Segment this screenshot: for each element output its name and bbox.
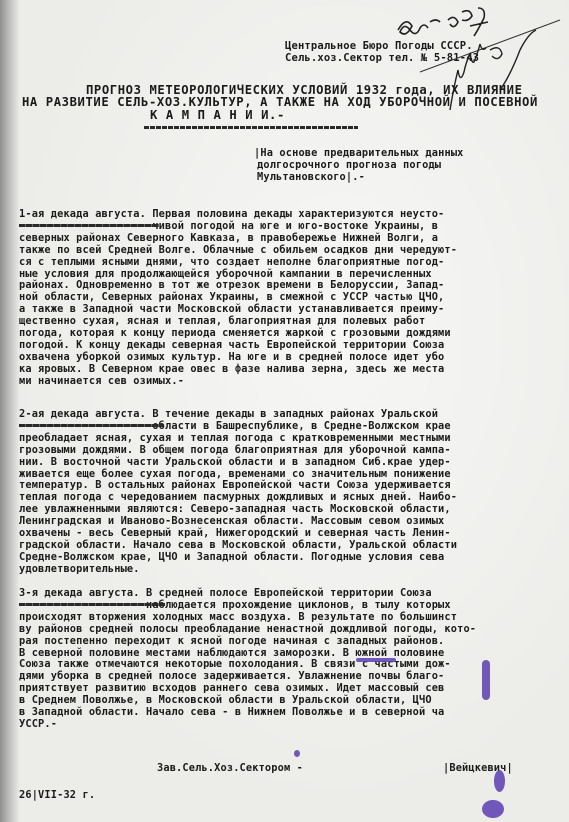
body-text-line: в Западной области. Начало сева - в Нижн… xyxy=(19,706,444,718)
body-text-line: охвачена уборкой озимых культур. На юге … xyxy=(19,351,444,363)
body-text-line: лее увлажненными являются: Северо-западн… xyxy=(19,503,451,515)
org-line-2: Сель.хоз.Сектор тел. № 5-81-43 xyxy=(285,52,479,64)
body-text-line: в Среднем Поволжье, в Московской области… xyxy=(19,694,432,706)
body-text-line: живается еще более сухая погода, времена… xyxy=(19,468,451,480)
body-text-line: температур. В остальных районах Европейс… xyxy=(19,479,451,491)
body-text-line: 2-ая декада августа. В течение декады в … xyxy=(19,408,438,420)
body-text-line: дями уборка в средней полосе задерживает… xyxy=(19,670,444,682)
body-text-line: также по всей Средней Волге. Облачные с … xyxy=(19,244,457,256)
body-text-line: ной области, Северных районах Украины, в… xyxy=(19,291,444,303)
body-text-line: Средне-Волжском крае, ЦЧО и Западной обл… xyxy=(19,551,444,563)
body-text-line: 3-я декада августа. В средней полосе Евр… xyxy=(19,587,432,599)
title-underline xyxy=(144,126,358,129)
basis-note-line-3: Мультановского|.- xyxy=(257,171,365,183)
basis-note-line-1: |На основе предварительных данных xyxy=(254,147,464,159)
body-text-line: происходят вторжения холодных масс возду… xyxy=(19,611,457,623)
body-text-line: ву районов средней полосы преобладание н… xyxy=(19,623,476,635)
body-text-line: северных районах Северного Кавказа, в пр… xyxy=(19,232,438,244)
ink-stamp-mark xyxy=(494,770,505,792)
body-text-line: ми начинается сев озимых.- xyxy=(19,375,184,387)
ink-stamp-mark xyxy=(294,750,300,757)
typed-xout-rule xyxy=(19,224,159,227)
body-text-line: удовлетворительные. xyxy=(19,563,140,575)
signature-role: Зав.Сель.Хоз.Сектором - xyxy=(157,762,303,774)
document-title-line-2: НА РАЗВИТИЕ СЕЛЬ-ХОЗ.КУЛЬТУР, А ТАКЖЕ НА… xyxy=(22,96,538,108)
body-text-line: ка яровых. В Северном крае овес в фазе н… xyxy=(19,363,444,375)
basis-note-line-2: долгосрочного прогноза погоды xyxy=(257,159,441,171)
document-date: 26|VII-32 г. xyxy=(19,789,95,801)
body-text-line: ные условия для продолжающейся уборочной… xyxy=(19,268,432,280)
scanned-document-page: Центральное Бюро Погоды СССР. Сель.хоз.С… xyxy=(0,0,569,822)
body-text-line: УССР.- xyxy=(19,718,57,730)
body-text-line: Ленинградская и Иваново-Вознесенская обл… xyxy=(19,515,444,527)
body-text-line: а также в Западной части Московской обла… xyxy=(19,303,444,315)
org-line-1: Центральное Бюро Погоды СССР. xyxy=(285,40,473,52)
body-text-line: погодой. К концу декады северная часть Е… xyxy=(19,339,444,351)
body-text-line: приятствует развитию всходов раннего сев… xyxy=(19,682,444,694)
ink-stamp-mark xyxy=(482,800,504,818)
body-text-line: В северной половине местами наблюдаются … xyxy=(19,647,444,659)
body-text-line: преобладает ясная, сухая и теплая погода… xyxy=(19,432,451,444)
scan-binding-shadow xyxy=(0,0,20,822)
body-text-line: щественно сухая, ясная и теплая, благопр… xyxy=(19,315,425,327)
ink-stamp-mark xyxy=(482,660,490,700)
body-text-line: нии. В восточной части Уральской области… xyxy=(19,456,451,468)
body-text-line: грозовыми дождями. В общем погода благоп… xyxy=(19,444,451,456)
typed-xout-rule xyxy=(19,424,164,427)
body-text-line: погода, которая к концу периода сменяетс… xyxy=(19,327,451,339)
ink-stamp-mark xyxy=(356,658,396,662)
document-title-line-3: К А М П А Н И И.- xyxy=(150,109,285,121)
body-text-line: теплая погода с чередованием пасмурных д… xyxy=(19,491,457,503)
body-text-line: ся с теплыми ясными днями, что создает н… xyxy=(19,256,444,268)
body-text-line: охвачены - весь Северный край, Нижегород… xyxy=(19,527,451,539)
body-text-line: рая постепенно переходит к ясной погоде … xyxy=(19,635,444,647)
body-text-line: градской области. Начало сева в Московск… xyxy=(19,539,457,551)
body-text-line: районах. Одновременно в тот же отрезок в… xyxy=(19,279,444,291)
body-text-line: 1-ая декада августа. Первая половина дек… xyxy=(19,208,444,220)
typed-xout-rule xyxy=(19,603,165,606)
